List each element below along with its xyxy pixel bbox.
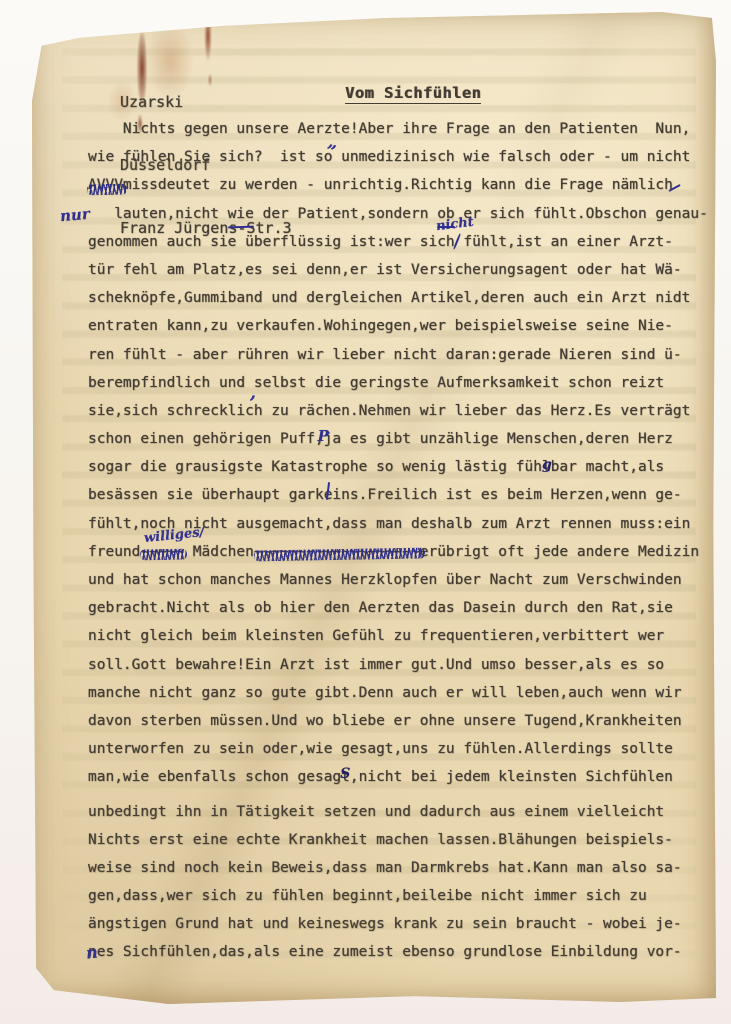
text-line: berempfindlich und selbst die geringste … [88,375,713,403]
text-line: wie fühlen Sie sich? ist so unmedizinisc… [88,149,713,177]
ink-letter-g: g [542,457,552,473]
page-title: Vom Sichfühlen [345,84,481,104]
sender-name: Uzarski [120,92,292,113]
ink-margin-note-nur: nur [59,205,90,226]
text-line: unbedingt ihn in Tätigkeit setzen und da… [88,804,713,832]
text-line: tür fehl am Platz,es sei denn,er ist Ver… [88,262,713,290]
scan-background: Uzarski Düsseldorf Franz Jürgens-Str.3 V… [0,0,731,1024]
text-line: nicht gleich beim kleinsten Gefühl zu fr… [88,628,713,656]
text-line: gen,dass,wer sich zu fühlen beginnt,beil… [88,888,713,916]
text-line: weise sind noch kein Beweis,dass man Dar… [88,860,713,888]
text-line: AVVVmissdeutet zu werden - unrichtig.Ric… [88,177,713,205]
text-line: schon einen gehörigen Puff,ja es gibt un… [88,431,713,459]
text-line: gebracht.Nicht als ob hier den Aerzten d… [88,600,713,628]
text-line: sogar die grausigste Katastrophe so weni… [88,459,713,487]
ink-letter-S: S [340,766,350,782]
text-line: lauten,nicht wie der Patient,sondern ob … [88,206,713,234]
text-line: Nichts gegen unsere Aerzte!Aber ihre Fra… [88,121,713,149]
ink-comma: , [250,383,256,403]
text-line: davon sterben müssen.Und wo bliebe er oh… [88,713,713,741]
text-line: manche nicht ganz so gute gibt.Denn auch… [88,685,713,713]
text-line: Nichts erst eine echte Krankheit machen … [88,832,713,860]
text-line: ängstigen Grund hat und keineswegs krank… [88,916,713,944]
ink-letter-P: P [318,427,329,445]
typed-body: Nichts gegen unsere Aerzte!Aber ihre Fra… [88,121,713,973]
ink-insert-den: den [727,624,731,643]
text-line: entraten kann,zu verkaufen.Wohingegen,we… [88,318,713,346]
text-line: man,wie ebenfalls schon gesagt,nicht bei… [88,769,713,797]
text-line: ren fühlt - aber rühren wir lieber nicht… [88,347,713,375]
text-line: besässen sie überhaupt garkeins.Freilich… [88,487,713,515]
text-line: genommen auch sie überflüssig ist:wer si… [88,234,713,262]
ink-letter-n: n [85,942,99,962]
text-line: nes Sichfühlen,das,als eine zumeist eben… [88,944,713,972]
text-line: unterworfen zu sein oder,wie gesagt,uns … [88,741,713,769]
ink-strikethrough [140,549,187,561]
text-line: scheknöpfe,Gummiband und dergleichen Art… [88,290,713,318]
text-line: und hat schon manches Mannes Herzklopfen… [88,572,713,600]
document-page: Uzarski Düsseldorf Franz Jürgens-Str.3 V… [32,12,716,1004]
text-line: sie,sich schrecklich zu rächen.Nehmen wi… [88,403,713,431]
text-line: soll.Gott bewahre!Ein Arzt ist immer gut… [88,657,713,685]
ink-strikethrough [87,184,127,196]
